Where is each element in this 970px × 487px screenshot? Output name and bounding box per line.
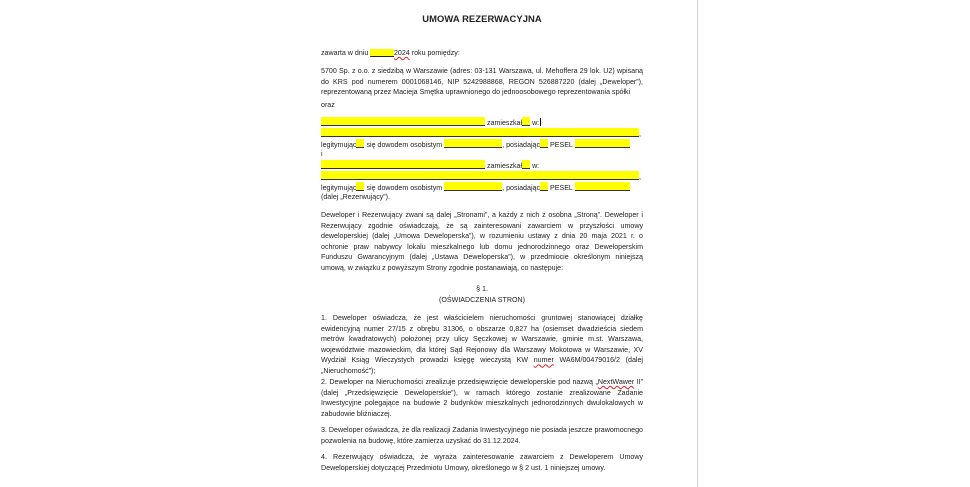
in-label: w:: [532, 119, 539, 127]
clause-4: 4. Rezerwujący oświadcza, że wyraża zain…: [321, 452, 643, 473]
resident-label: zamieszkał: [487, 119, 522, 127]
parties-paragraph: Deweloper i Rezerwujący zwani są dalej „…: [321, 210, 643, 274]
reservant-label: (dalej „Rezerwujący”).: [321, 192, 643, 202]
party1-pesel-gender-field[interactable]: [540, 139, 548, 148]
text-cursor: [540, 118, 541, 126]
party1-id-number-field[interactable]: [444, 139, 502, 148]
section-number: § 1.: [321, 284, 643, 295]
page-boundary-divider: [697, 0, 698, 487]
section-heading: (OŚWIADCZENIA STRON): [321, 295, 643, 306]
party2-id-gender-field[interactable]: [356, 182, 364, 191]
party1-name-field[interactable]: [321, 117, 485, 126]
party1-address-row: ,: [321, 128, 643, 138]
party2-pesel-gender-field[interactable]: [540, 182, 548, 191]
pesel-label: PESEL: [550, 141, 573, 149]
party1-gender-field[interactable]: [522, 117, 530, 126]
pesel-label: PESEL: [550, 184, 573, 192]
comma: ,: [639, 173, 641, 181]
party2-id-number-field[interactable]: [444, 182, 502, 191]
in-label: w:: [532, 162, 539, 170]
id-text: się dowodem osobistym: [366, 184, 442, 192]
project-name: NextWawer: [598, 378, 634, 386]
comma: ,: [639, 130, 641, 138]
oraz-text: oraz: [321, 100, 643, 111]
clause-2-text: 2. Deweloper na Nieruchomości zrealizuje…: [321, 378, 598, 386]
party1-address-field[interactable]: [321, 128, 639, 137]
party1-pesel-field[interactable]: [575, 139, 630, 148]
party2-address-row: ,: [321, 171, 643, 181]
party2-gender-field[interactable]: [522, 160, 530, 169]
clause-1: 1. Deweloper oświadcza, że jest właścici…: [321, 313, 643, 377]
party1-name-row: zamieszkał w:: [321, 117, 643, 127]
id-prefix: legitymując: [321, 184, 356, 192]
developer-clause: 5700 Sp. z o.o. z siedzibą w Warszawie (…: [321, 66, 643, 98]
party2-pesel-field[interactable]: [575, 182, 630, 191]
party2-name-row: zamieszkał w:: [321, 160, 643, 170]
spellcheck-word: numer: [534, 356, 554, 364]
party1-id-row: legitymując się dowodem osobistym , posi…: [321, 139, 643, 149]
intro-before: zawarta w dniu: [321, 49, 370, 57]
clause-3: 3. Deweloper oświadcza, że dla realizacj…: [321, 425, 643, 446]
intro-line: zawarta w dniu ______2024 roku pomiędzy:: [321, 48, 643, 59]
year-text: 2024: [394, 49, 410, 57]
resident-label: zamieszkał: [487, 162, 522, 170]
party2-name-field[interactable]: [321, 160, 485, 169]
intro-after: roku pomiędzy:: [410, 49, 460, 57]
and-separator: i: [321, 149, 643, 159]
document-title: UMOWA REZERWACYJNA: [321, 14, 643, 25]
pesel-prefix: , posiadając: [502, 141, 540, 149]
id-text: się dowodem osobistym: [366, 141, 442, 149]
date-blank-field[interactable]: ______: [370, 49, 394, 57]
clause-2: 2. Deweloper na Nieruchomości zrealizuje…: [321, 377, 643, 419]
id-prefix: legitymując: [321, 141, 356, 149]
party1-id-gender-field[interactable]: [356, 139, 364, 148]
pesel-prefix: , posiadając: [502, 184, 540, 192]
party2-address-field[interactable]: [321, 171, 639, 180]
party2-id-row: legitymując się dowodem osobistym , posi…: [321, 182, 643, 192]
